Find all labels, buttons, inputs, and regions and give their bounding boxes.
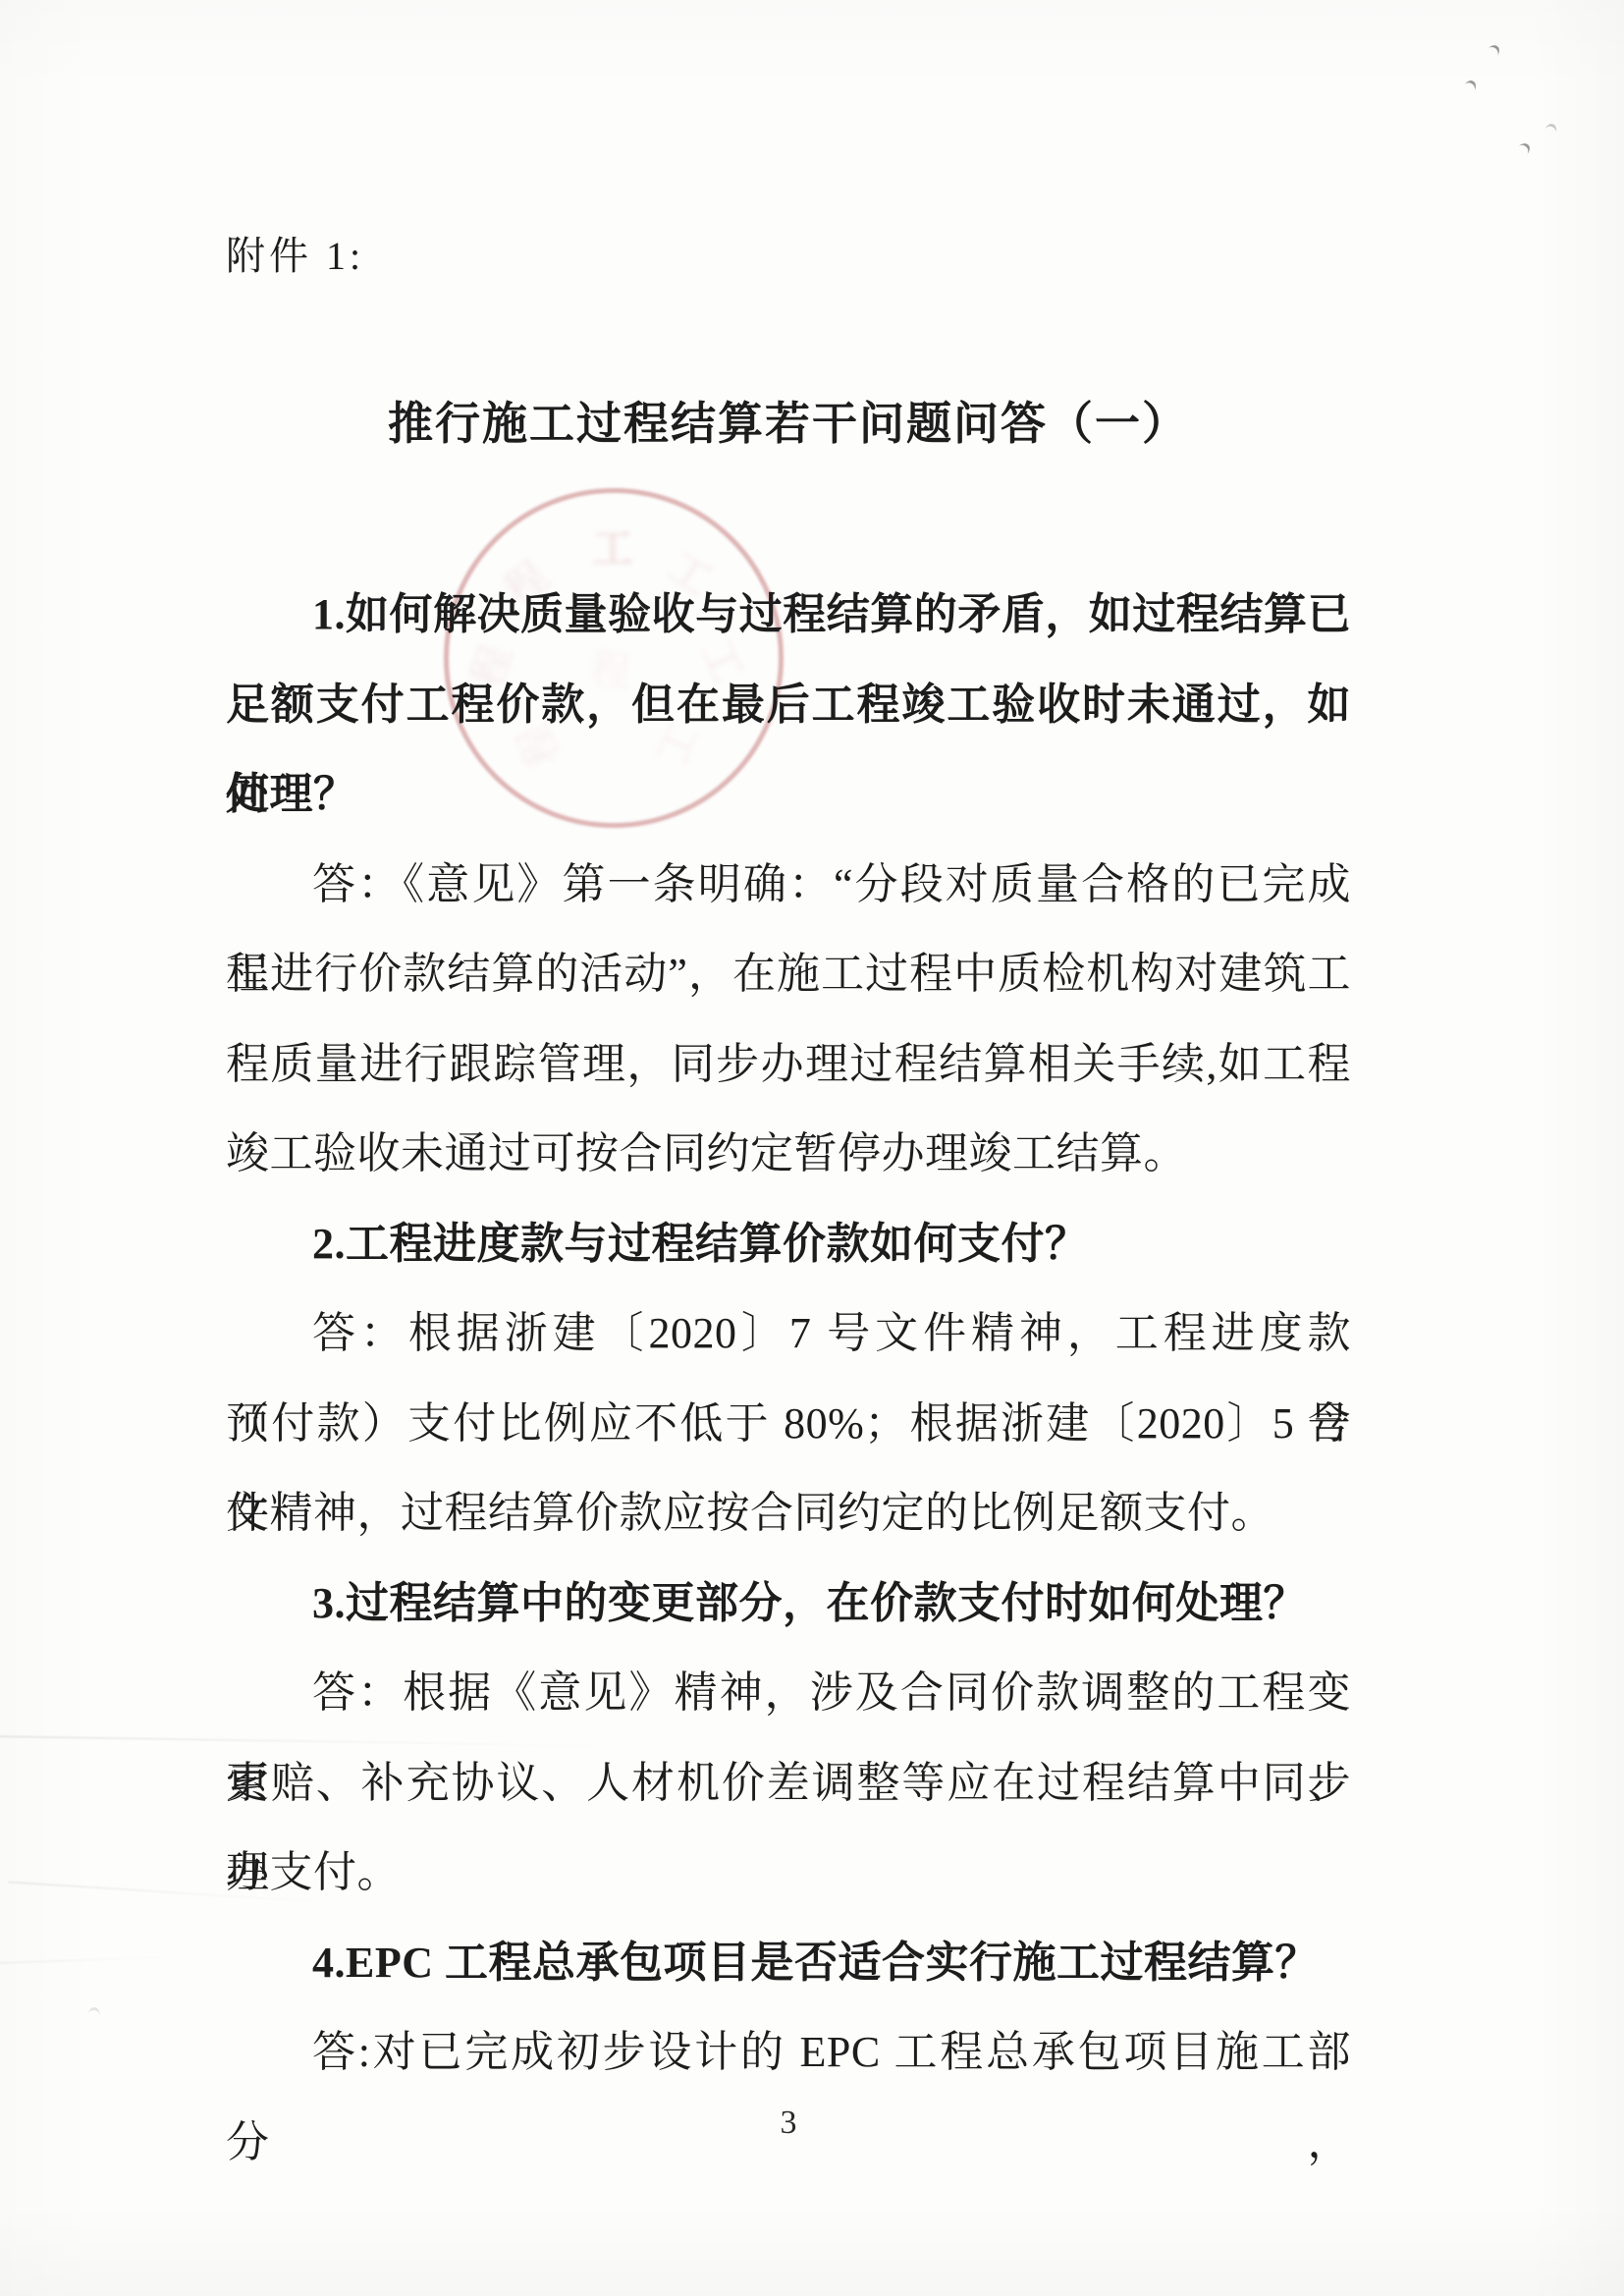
text-line: 4.EPC 工程总承包项目是否适合实行施工过程结算？: [226, 1918, 1351, 2008]
text-line: 答：《意见》第一条明确：“分段对质量合格的已完成工: [226, 840, 1351, 930]
text-line: 竣工验收未通过可按合同约定暂停办理竣工结算。: [226, 1109, 1351, 1199]
text-line: 理支付。: [226, 1828, 1351, 1918]
text-line: 2.工程进度款与过程结算价款如何支付？: [226, 1199, 1351, 1289]
text-line: 答：根据浙建〔2020〕7 号文件精神，工程进度款（含: [226, 1288, 1351, 1379]
text-line: 1.如何解决质量验收与过程结算的矛盾，如过程结算已: [226, 570, 1351, 660]
document-body: 1.如何解决质量验收与过程结算的矛盾，如过程结算已足额支付工程价款，但在最后工程…: [226, 570, 1351, 2098]
paper-crease: [0, 1956, 177, 1965]
scan-mark: [87, 2006, 100, 2018]
text-line: 处理？: [226, 749, 1351, 840]
text-line: 足额支付工程价款，但在最后工程竣工验收时未通过，如何: [226, 660, 1351, 750]
text-line: 程进行价款结算的活动”，在施工过程中质检机构对建筑工: [226, 929, 1351, 1019]
text-line: 程质量进行跟踪管理，同步办理过程结算相关手续,如工程: [226, 1019, 1351, 1110]
text-line: 预付款）支付比例应不低于 80%；根据浙建〔2020〕5 号文: [226, 1379, 1351, 1469]
attachment-label: 附件 1:: [226, 230, 364, 283]
text-line: 答：根据《意见》精神，涉及合同价款调整的工程变更、: [226, 1648, 1351, 1738]
scanned-document-page: 附件 1: 推行施工过程结算若干问题问答（一） 工程工程工程工程 1.如何解决质…: [0, 0, 1624, 2296]
scan-mark: [1517, 140, 1533, 156]
page-title: 推行施工过程结算若干问题问答（一）: [226, 393, 1351, 456]
text-line: 答:对已完成初步设计的 EPC 工程总承包项目施工部分，: [226, 2007, 1351, 2098]
scan-mark: [1463, 79, 1478, 93]
text-line: 件精神，过程结算价款应按合同约定的比例足额支付。: [226, 1468, 1351, 1558]
seal-glyph: 工: [592, 517, 633, 575]
text-line: 3.过程结算中的变更部分，在价款支付时如何处理？: [226, 1558, 1351, 1649]
scan-mark: [1487, 42, 1502, 57]
scan-mark: [1544, 122, 1559, 135]
page-number: 3: [226, 2094, 1351, 2153]
text-line: 索赔、补充协议、人材机价差调整等应在过程结算中同步办: [226, 1738, 1351, 1829]
